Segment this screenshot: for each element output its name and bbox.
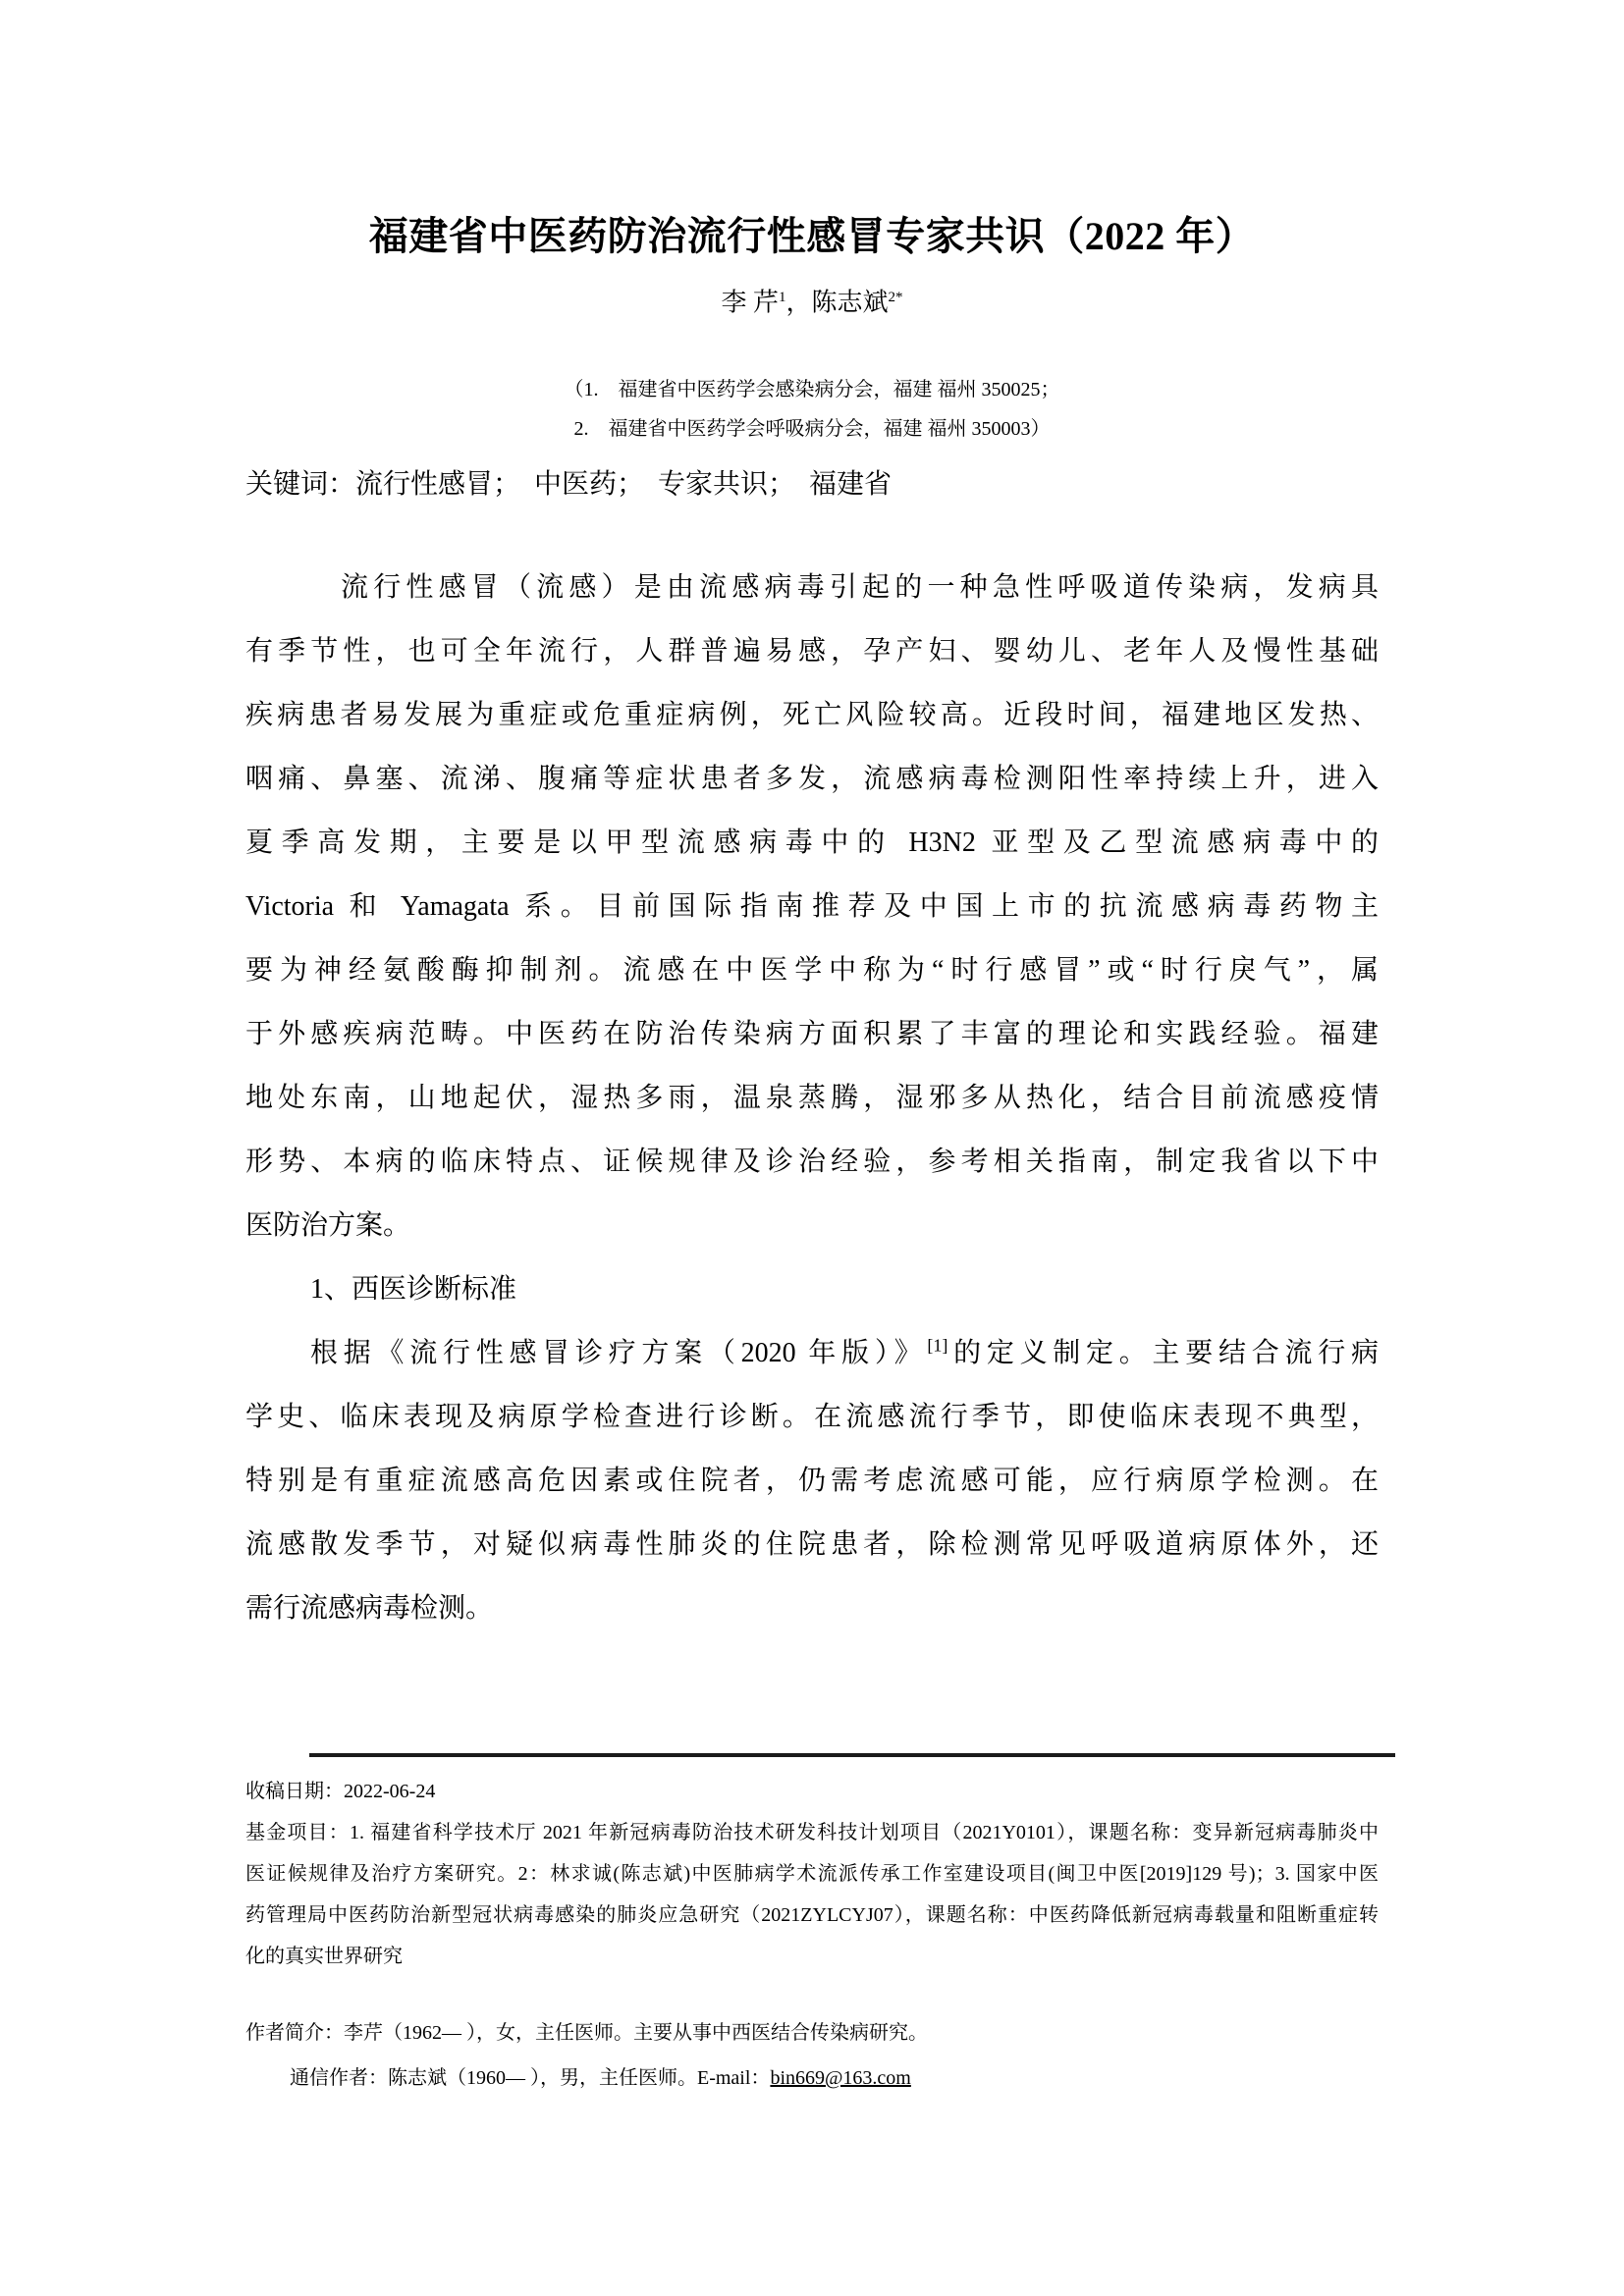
article-body: 流行性感冒（流感）是由流感病毒引起的一种急性呼吸道传染病，发病具 有季节性，也可… — [245, 556, 1379, 1640]
body-line: 疾病患者易发展为重症或危重症病例，死亡风险较高。近段时间，福建地区发热、 — [245, 683, 1379, 747]
section-heading: 1、西医诊断标准 — [245, 1257, 1379, 1321]
corresponding-author-line: 通信作者：陈志斌（1960— ），男，主任医师。E-mail：bin669@16… — [245, 2056, 1379, 2101]
affiliation-line-1: （1. 福建省中医药学会感染病分会，福建 福州 350025； — [0, 377, 1624, 402]
citation-superscript: [1] — [927, 1336, 947, 1356]
corresponding-author-text: 通信作者：陈志斌（1960— ），男，主任医师。E-mail： — [290, 2067, 770, 2089]
body-line: 于外感疾病范畴。中医药在防治传染病方面积累了丰富的理论和实践经验。福建 — [245, 1002, 1379, 1066]
body-line: 要为神经氨酸酶抑制剂。流感在中医学中称为“时行感冒”或“时行戾气”，属 — [245, 938, 1379, 1002]
fund-project-line: 基金项目：1. 福建省科学技术厅 2021 年新冠病毒防治技术研发科技计划项目（… — [245, 1812, 1379, 1853]
body-line: Victoria 和 Yamagata 系。目前国际指南推荐及中国上市的抗流感病… — [245, 875, 1379, 938]
author-info-block: 作者简介：李芹（1962— ），女，主任医师。主要从事中西医结合传染病研究。 通… — [245, 2010, 1379, 2101]
footnote-block: 收稿日期：2022-06-24 基金项目：1. 福建省科学技术厅 2021 年新… — [245, 1771, 1379, 1977]
fund-project-line: 医证候规律及治疗方案研究。2：林求诚(陈志斌)中医肺病学术流派传承工作室建设项目… — [245, 1853, 1379, 1895]
author-name-1: 李 芹 — [721, 289, 779, 317]
body-line-text: 根据《流行性感冒诊疗方案（2020 年版）》 — [310, 1338, 927, 1368]
body-line: 地处东南，山地起伏，湿热多雨，温泉蒸腾，湿邪多从热化，结合目前流感疫情 — [245, 1066, 1379, 1130]
body-line: 有季节性，也可全年流行，人群普遍易感，孕产妇、婴幼儿、老年人及慢性基础 — [245, 619, 1379, 683]
received-date-line: 收稿日期：2022-06-24 — [245, 1771, 1379, 1812]
page-title: 福建省中医药防治流行性感冒专家共识（2022 年） — [0, 212, 1624, 261]
body-line: 咽痛、鼻塞、流涕、腹痛等症状患者多发，流感病毒检测阳性率持续上升，进入 — [245, 747, 1379, 811]
fund-project-line: 药管理局中医药防治新型冠状病毒感染的肺炎应急研究（2021ZYLCYJ07），课… — [245, 1895, 1379, 1936]
document-page: 福建省中医药防治流行性感冒专家共识（2022 年） 李 芹1，陈志斌2* （1.… — [0, 0, 1624, 2296]
author-separator: ， — [785, 289, 811, 317]
body-line: 学史、临床表现及病原学检查进行诊断。在流感流行季节，即使临床表现不典型， — [245, 1385, 1379, 1449]
body-line: 形势、本病的临床特点、证候规律及诊治经验，参考相关指南，制定我省以下中 — [245, 1130, 1379, 1194]
email-link[interactable]: bin669@163.com — [770, 2067, 910, 2089]
body-line-text: 的定义制定。主要结合流行病 — [947, 1338, 1379, 1368]
body-line: 医防治方案。 — [245, 1194, 1379, 1257]
footnote-separator — [309, 1753, 1395, 1757]
body-line: 特别是有重症流感高危因素或住院者，仍需考虑流感可能，应行病原学检测。在 — [245, 1449, 1379, 1513]
author-name-2: 陈志斌 — [812, 289, 889, 317]
author-bio-line: 作者简介：李芹（1962— ），女，主任医师。主要从事中西医结合传染病研究。 — [245, 2010, 1379, 2056]
body-line: 流行性感冒（流感）是由流感病毒引起的一种急性呼吸道传染病，发病具 — [245, 556, 1379, 619]
keywords-line: 关键词：流行性感冒； 中医药； 专家共识； 福建省 — [245, 465, 892, 505]
affiliation-line-2: 2. 福建省中医药学会呼吸病分会，福建 福州 350003） — [0, 416, 1624, 442]
body-line: 流感散发季节，对疑似病毒性肺炎的住院患者，除检测常见呼吸道病原体外，还 — [245, 1513, 1379, 1576]
body-line: 夏季高发期，主要是以甲型流感病毒中的 H3N2 亚型及乙型流感病毒中的 — [245, 811, 1379, 875]
author-superscript-2: 2* — [889, 290, 903, 305]
authors-line: 李 芹1，陈志斌2* — [0, 281, 1624, 320]
fund-project-line: 化的真实世界研究 — [245, 1936, 1379, 1977]
body-line: 需行流感病毒检测。 — [245, 1576, 1379, 1640]
body-line: 根据《流行性感冒诊疗方案（2020 年版）》[1]的定义制定。主要结合流行病 — [245, 1321, 1379, 1385]
